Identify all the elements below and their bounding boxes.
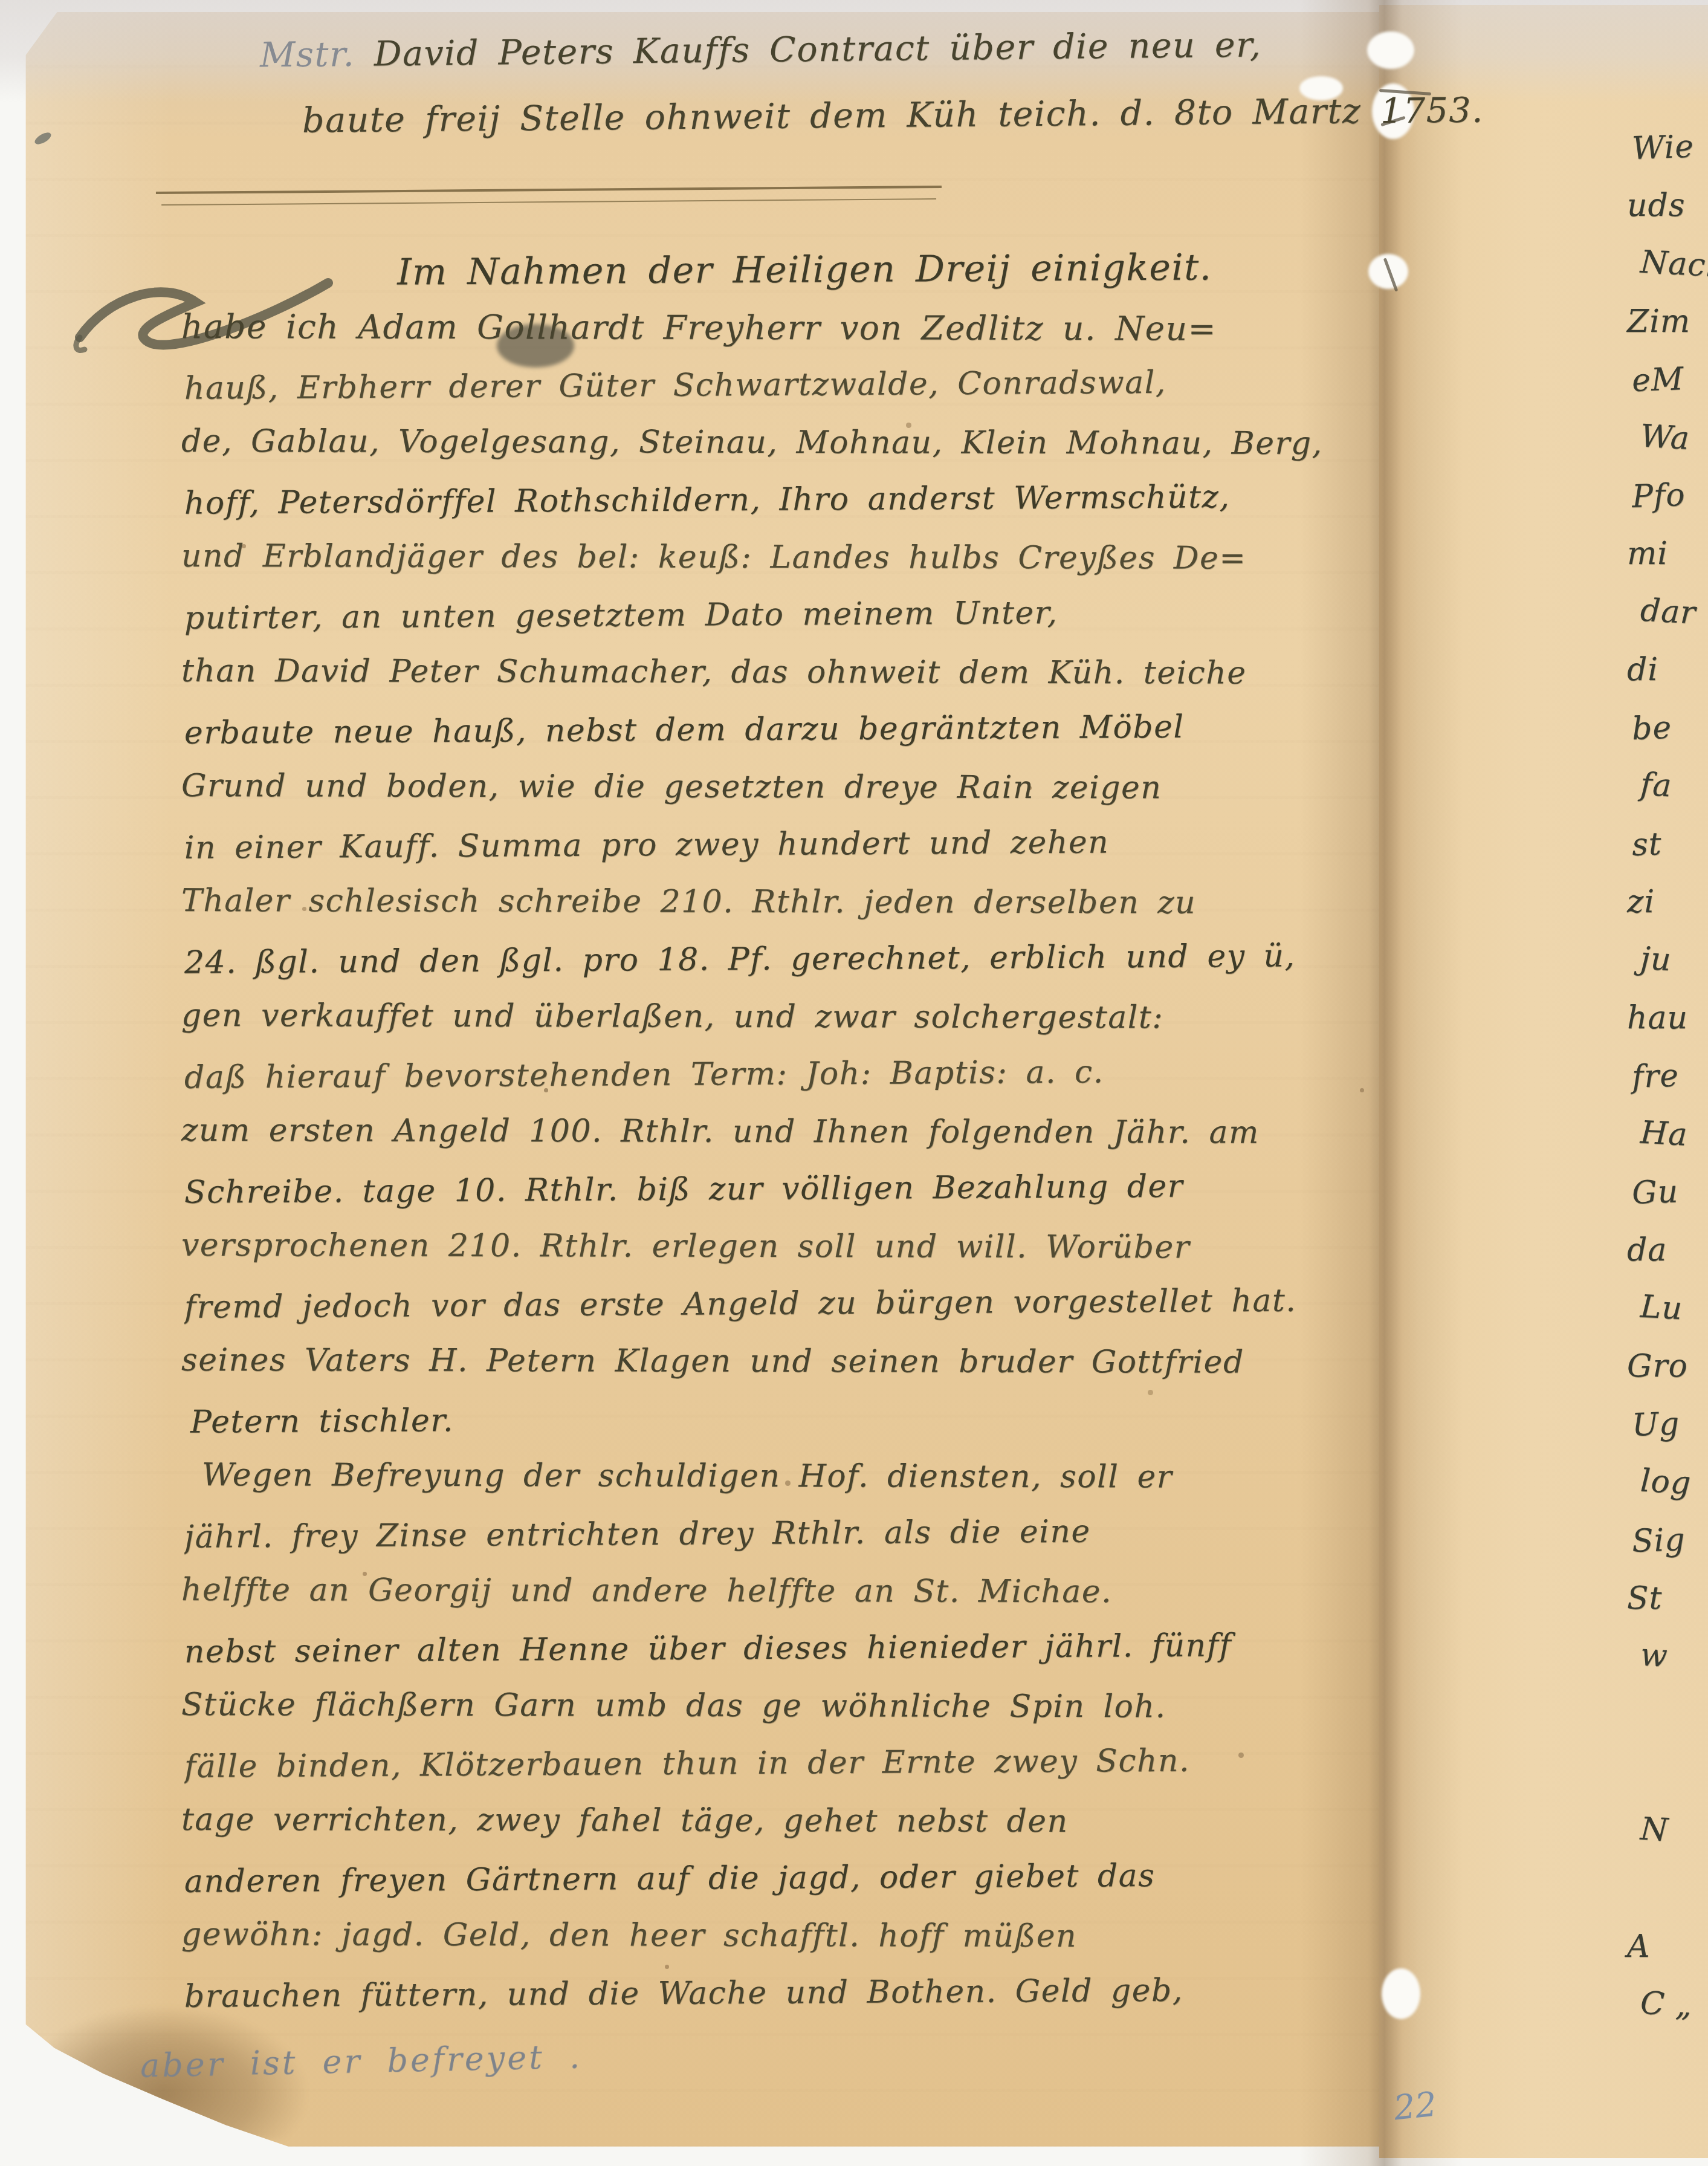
header: Mstr. David Peters Kauffs Contract über … [260, 29, 1484, 135]
fragment-line: w [1639, 1626, 1708, 1688]
fragment-line: be [1631, 697, 1708, 758]
manuscript-line: Wegen Befreyung der schuldigen Hof. dien… [181, 1447, 1330, 1506]
manuscript-line: gen verkauffet und überlaßen, und zwar s… [181, 987, 1330, 1047]
manuscript-line: Im Nahmen der Heiligen Dreij einigkeit. [184, 238, 1333, 303]
manuscript-line: putirter, an unten gesetztem Dato meinem… [184, 583, 1333, 647]
manuscript-line: habe ich Adam Gollhardt Freyherr von Zed… [181, 298, 1330, 358]
manuscript-line: Petern tischler. [184, 1387, 1333, 1451]
fragment-line: Pfo [1631, 465, 1708, 526]
fragment-line: hau [1627, 989, 1708, 1047]
manuscript-line: hauß, Erbherr derer Güter Schwartzwalde,… [184, 353, 1333, 418]
manuscript-line: Grund und boden, wie die gesetzten dreye… [181, 757, 1330, 817]
fragment-line: da [1627, 1221, 1708, 1279]
fragment-line [1631, 1742, 1708, 1803]
fragment-line [1631, 1858, 1708, 1919]
fragment-line: ju [1639, 930, 1708, 992]
fragment-line: zi [1627, 873, 1708, 931]
manuscript-line: zum ersten Angeld 100. Rthlr. und Ihnen … [181, 1102, 1330, 1162]
manuscript-line: tage verrichten, zwey fahel täge, gehet … [181, 1791, 1330, 1851]
fragment-line: eM [1631, 349, 1708, 410]
fragment-line: uds [1627, 177, 1708, 235]
fragment-line: St [1627, 1569, 1708, 1627]
right-page-text-fragments: Wie uds Nach Zim eM Wa Pfo mi dar di be … [1627, 118, 1708, 2034]
fragment-line: Sig [1631, 1509, 1708, 1571]
manuscript-line: Schreibe. tage 10. Rthlr. biß zur völlig… [184, 1157, 1333, 1222]
manuscript-line: jährl. frey Zinse entrichten drey Rthlr.… [184, 1502, 1333, 1566]
manuscript-line: in einer Kauff. Summa pro zwey hundert u… [184, 812, 1333, 877]
fragment-line: Zim [1627, 293, 1708, 351]
fragment-line: dar [1639, 582, 1708, 644]
fragment-line: mi [1627, 525, 1708, 583]
header-line-1: Mstr. David Peters Kauffs Contract über … [260, 22, 1484, 75]
manuscript-line: 24. ßgl. und den ßgl. pro 18. Pf. gerech… [184, 927, 1333, 992]
manuscript-line: seines Vaters H. Petern Klagen und seine… [181, 1332, 1330, 1392]
manuscript-line: de, Gablau, Vogelgesang, Steinau, Mohnau… [181, 413, 1330, 473]
manuscript-line: erbaute neue hauß, nebst dem darzu begrä… [184, 698, 1333, 762]
fragment-line: Gro [1627, 1337, 1708, 1395]
manuscript-line: Thaler schlesisch schreibe 210. Rthlr. j… [181, 872, 1330, 932]
manuscript-line: nebst seiner alten Henne über dieses hie… [184, 1616, 1333, 1681]
fragment-line: log [1639, 1452, 1708, 1514]
manuscript-line: brauchen füttern, und die Wache und Both… [184, 1961, 1333, 2026]
manuscript-line: daß hierauf bevorstehenden Term: Joh: Ba… [184, 1042, 1333, 1107]
manuscript-line: helffte an Georgij und andere helffte an… [181, 1561, 1330, 1621]
manuscript-line: und Erblandjäger des bel: keuß: Landes h… [181, 528, 1330, 588]
fragment-line: fre [1631, 1045, 1708, 1106]
manuscript-line: than David Peter Schumacher, das ohnweit… [181, 643, 1330, 702]
fragment-line: N [1639, 1800, 1708, 1863]
fragment-line: Lu [1639, 1278, 1708, 1340]
header-line-1-text: David Peters Kauffs Contract über die ne… [374, 25, 1261, 74]
fragment-line: Gu [1631, 1161, 1708, 1222]
manuscript-line: versprochenen 210. Rthlr. erlegen soll u… [181, 1217, 1330, 1277]
fragment-line: A [1627, 1918, 1708, 1976]
fragment-line: fa [1639, 756, 1708, 818]
damage-spot [1382, 1968, 1420, 2019]
scanned-manuscript: Mstr. David Peters Kauffs Contract über … [0, 0, 1708, 2166]
header-line-2: baute freij Stelle ohnweit dem Küh teich… [302, 90, 1484, 140]
fragment-line [1627, 1685, 1708, 1743]
fragment-line: C „ [1639, 1974, 1708, 2037]
fragment-line: Wa [1639, 407, 1708, 470]
header-pencil-prefix: Mstr. [260, 34, 355, 76]
fragment-line: Nach [1639, 233, 1708, 296]
fragment-line: Ha [1639, 1104, 1708, 1166]
manuscript-line: fälle binden, Klötzerbauen thun in der E… [184, 1731, 1333, 1796]
manuscript-line: fremd jedoch vor das erste Angeld zu bür… [184, 1272, 1333, 1337]
manuscript-line: gewöhn: jagd. Geld, den heer schafftl. h… [181, 1906, 1330, 1966]
manuscript-line: Stücke flächßern Garn umb das ge wöhnlic… [181, 1676, 1330, 1736]
fragment-line: Ug [1631, 1393, 1708, 1454]
manuscript-line: hoff, Petersdörffel Rothschildern, Ihro … [184, 468, 1333, 533]
body-text: Im Nahmen der Heiligen Dreij einigkeit. … [181, 242, 1330, 2043]
page-number: 22 [1392, 2084, 1439, 2128]
fragment-line: di [1627, 641, 1708, 699]
manuscript-line: anderen freyen Gärtnern auf die jagd, od… [184, 1846, 1333, 1911]
fragment-line: st [1631, 813, 1708, 874]
fragment-line: Wie [1631, 117, 1708, 178]
